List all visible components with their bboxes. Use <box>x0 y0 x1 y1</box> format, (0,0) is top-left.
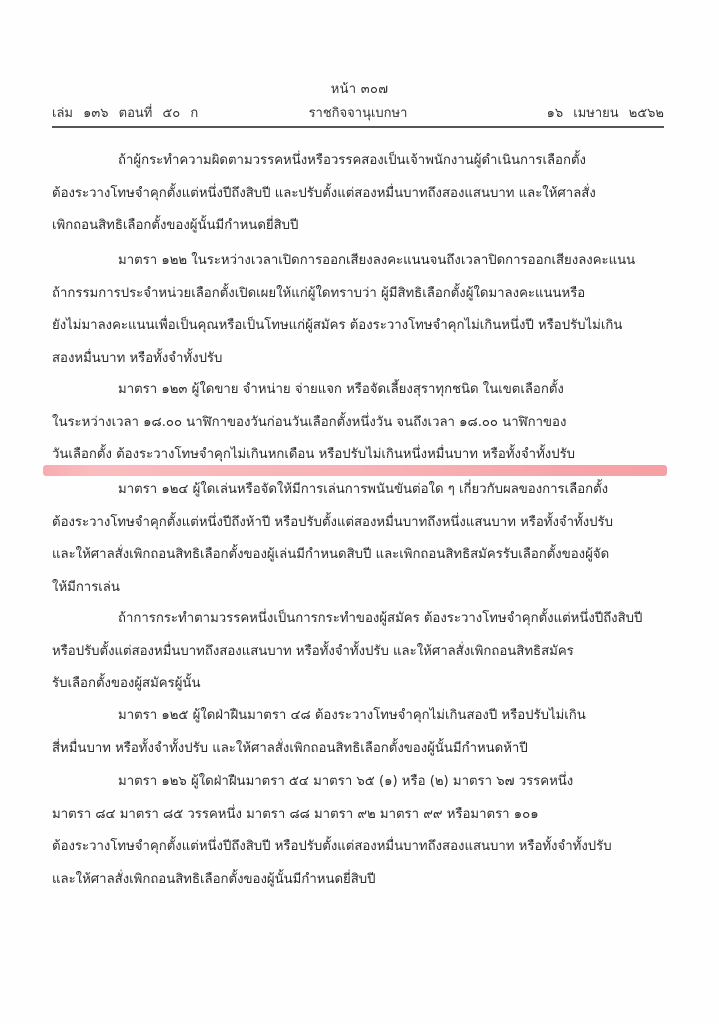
text-line: ให้มีการเล่น <box>52 572 666 605</box>
text-line: ในระหว่างเวลา ๑๘.๐๐ นาฬิกาของวันก่อนวันเ… <box>52 407 666 440</box>
text-line: เพิกถอนสิทธิเลือกตั้งของผู้นั้นมีกำหนดยี… <box>52 210 666 243</box>
section-126: มาตรา ๑๒๖ ผู้ใดฝ่าฝืนมาตรา ๕๔ มาตรา ๖๕ (… <box>52 766 666 896</box>
paragraph-penalty-candidate: ถ้าการกระทำตามวรรคหนึ่งเป็นการกระทำของผู… <box>52 603 666 701</box>
text-line: มาตรา ๑๒๕ ผู้ใดฝ่าฝืนมาตรา ๔๘ ต้องระวางโ… <box>52 700 666 733</box>
section-122: มาตรา ๑๒๒ ในระหว่างเวลาเปิดการออกเสียงลง… <box>52 245 666 375</box>
text-line: ต้องระวางโทษจำคุกตั้งแต่หนึ่งปีถึงห้าปี … <box>52 507 666 540</box>
section-125: มาตรา ๑๒๕ ผู้ใดฝ่าฝืนมาตรา ๔๘ ต้องระวางโ… <box>52 700 666 765</box>
text-line: ถ้าการกระทำตามวรรคหนึ่งเป็นการกระทำของผู… <box>52 603 666 636</box>
publication-date: ๑๖ เมษายน ๒๕๖๒ <box>547 102 664 123</box>
text-line: ต้องระวางโทษจำคุกตั้งแต่หนึ่งปีถึงสิบปี … <box>52 831 666 864</box>
text-line: หรือปรับตั้งแต่สองหมื่นบาทถึงสองแสนบาท ห… <box>52 636 666 669</box>
text-line: ถ้าผู้กระทำความผิดตามวรรคหนึ่งหรือวรรคสอ… <box>52 145 666 178</box>
text-line: มาตรา ๑๒๔ ผู้ใดเล่นหรือจัดให้มีการเล่นกา… <box>52 474 666 507</box>
text-line: มาตรา ๑๒๖ ผู้ใดฝ่าฝืนมาตรา ๕๔ มาตรา ๖๕ (… <box>52 766 666 799</box>
text-line: ต้องระวางโทษจำคุกตั้งแต่หนึ่งปีถึงสิบปี … <box>52 178 666 211</box>
text-line: มาตรา ๘๔ มาตรา ๘๕ วรรคหนึ่ง มาตรา ๘๘ มาต… <box>52 799 666 832</box>
text-line: ถ้ากรรมการประจำหน่วยเลือกตั้งเปิดเผยให้แ… <box>52 278 666 311</box>
text-line: มาตรา ๑๒๒ ในระหว่างเวลาเปิดการออกเสียงลง… <box>52 245 666 278</box>
section-123: มาตรา ๑๒๓ ผู้ใดขาย จำหน่าย จ่ายแจก หรือจ… <box>52 374 666 472</box>
text-line: มาตรา ๑๒๓ ผู้ใดขาย จำหน่าย จ่ายแจก หรือจ… <box>52 374 666 407</box>
text-line: ยังไม่มาลงคะแนนเพื่อเป็นคุณหรือเป็นโทษแก… <box>52 310 666 343</box>
gazette-header: เล่ม ๑๓๖ ตอนที่ ๕๐ ก ราชกิจจานุเบกษา ๑๖ … <box>52 102 664 124</box>
gazette-page: หน้า ๓๐๗ เล่ม ๑๓๖ ตอนที่ ๕๐ ก ราชกิจจานุ… <box>0 0 719 1024</box>
section-124: มาตรา ๑๒๔ ผู้ใดเล่นหรือจัดให้มีการเล่นกา… <box>52 474 666 604</box>
header-divider <box>52 126 664 128</box>
text-line: รับเลือกตั้งของผู้สมัครผู้นั้น <box>52 668 666 701</box>
paragraph-penalty-officials: ถ้าผู้กระทำความผิดตามวรรคหนึ่งหรือวรรคสอ… <box>52 145 666 243</box>
page-number: หน้า ๓๐๗ <box>0 78 719 99</box>
text-line: และให้ศาลสั่งเพิกถอนสิทธิเลือกตั้งของผู้… <box>52 539 666 572</box>
text-line: และให้ศาลสั่งเพิกถอนสิทธิเลือกตั้งของผู้… <box>52 864 666 897</box>
text-line: สี่หมื่นบาท หรือทั้งจำทั้งปรับ และให้ศาล… <box>52 733 666 766</box>
text-line: สองหมื่นบาท หรือทั้งจำทั้งปรับ <box>52 343 666 376</box>
